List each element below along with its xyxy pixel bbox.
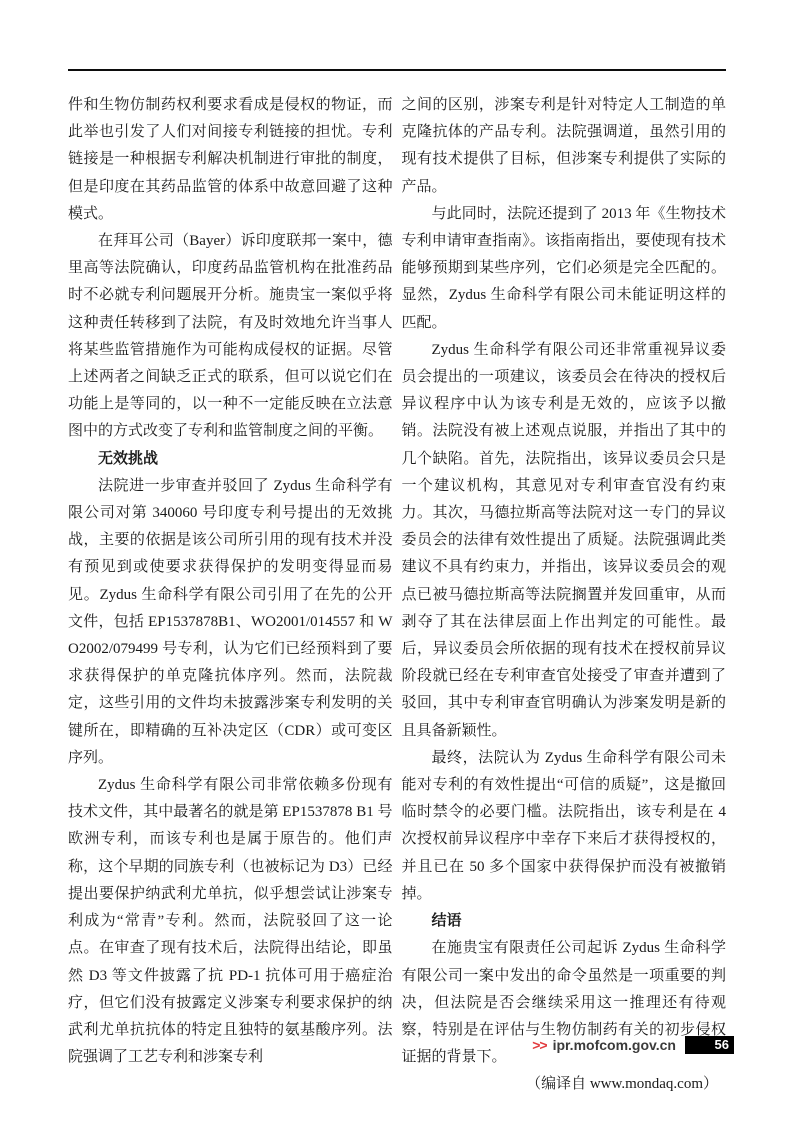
top-rule — [68, 69, 726, 71]
paragraph: 之间的区别，涉案专利是针对特定人工制造的单克隆抗体的产品专利。法院强调道，虽然引… — [402, 92, 727, 201]
paragraph: 法院进一步审查并驳回了 Zydus 生命科学有限公司对第 340060 号印度专… — [68, 473, 393, 772]
paragraph: 在拜耳公司（Bayer）诉印度联邦一案中，德里高等法院确认，印度药品监管机构在批… — [68, 228, 393, 446]
paragraph: Zydus 生命科学有限公司非常依赖多份现有技术文件，其中最著名的就是第 EP1… — [68, 772, 393, 1071]
left-column: 件和生物仿制药权利要求看成是侵权的物证，而此举也引发了人们对间接专利链接的担忧。… — [68, 92, 393, 1099]
section-heading: 无效挑战 — [68, 446, 393, 473]
document-page: 件和生物仿制药权利要求看成是侵权的物证，而此举也引发了人们对间接专利链接的担忧。… — [0, 0, 794, 1123]
paragraph: 件和生物仿制药权利要求看成是侵权的物证，而此举也引发了人们对间接专利链接的担忧。… — [68, 92, 393, 228]
double-chevron-icon: >> — [532, 1036, 546, 1054]
section-heading: 结语 — [402, 908, 727, 935]
paragraph: 最终，法院认为 Zydus 生命科学有限公司未能对专利的有效性提出“可信的质疑”… — [402, 745, 727, 908]
right-column: 之间的区别，涉案专利是针对特定人工制造的单克隆抗体的产品专利。法院强调道，虽然引… — [402, 92, 727, 1099]
paragraph: （编译自 www.mondaq.com） — [402, 1071, 727, 1098]
page-footer: >> ipr.mofcom.gov.cn 56 — [532, 1036, 734, 1054]
paragraph: Zydus 生命科学有限公司还非常重视异议委员会提出的一项建议，该委员会在待决的… — [402, 337, 727, 745]
paragraph: 与此同时，法院还提到了 2013 年《生物技术专利申请审查指南》。该指南指出，要… — [402, 201, 727, 337]
page-number-badge: 56 — [685, 1036, 734, 1054]
footer-site-url: ipr.mofcom.gov.cn — [553, 1036, 676, 1054]
article-body: 件和生物仿制药权利要求看成是侵权的物证，而此举也引发了人们对间接专利链接的担忧。… — [68, 92, 726, 1099]
